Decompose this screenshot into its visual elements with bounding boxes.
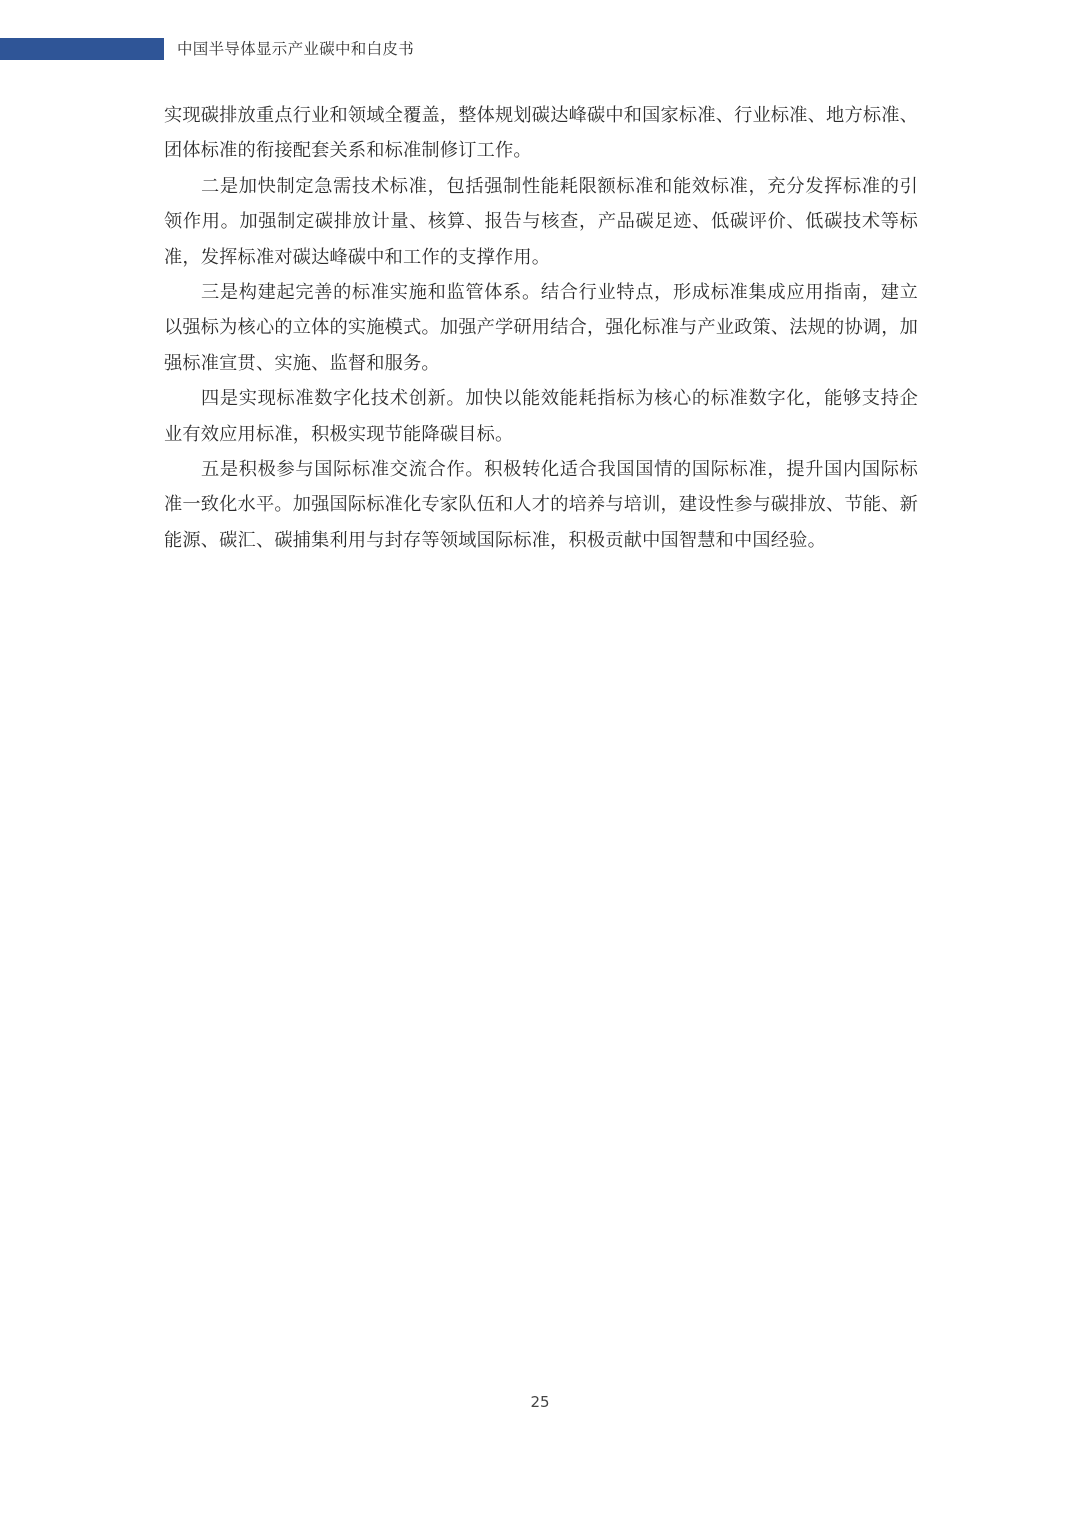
page-number: 25 bbox=[0, 1393, 1080, 1411]
paragraph-continuation: 实现碳排放重点行业和领域全覆盖，整体规划碳达峰碳中和国家标准、行业标准、地方标准… bbox=[164, 98, 918, 169]
paragraph-point-three: 三是构建起完善的标准实施和监管体系。结合行业特点，形成标准集成应用指南，建立以强… bbox=[164, 275, 918, 381]
header-accent-bar bbox=[0, 38, 164, 60]
body-text: 实现碳排放重点行业和领域全覆盖，整体规划碳达峰碳中和国家标准、行业标准、地方标准… bbox=[164, 98, 918, 558]
paragraph-point-five: 五是积极参与国际标准交流合作。积极转化适合我国国情的国际标准，提升国内国际标准一… bbox=[164, 452, 918, 558]
document-running-title: 中国半导体显示产业碳中和白皮书 bbox=[177, 38, 414, 60]
paragraph-point-two: 二是加快制定急需技术标准，包括强制性能耗限额标准和能效标准，充分发挥标准的引领作… bbox=[164, 169, 918, 275]
paragraph-point-four: 四是实现标准数字化技术创新。加快以能效能耗指标为核心的标准数字化，能够支持企业有… bbox=[164, 381, 918, 452]
